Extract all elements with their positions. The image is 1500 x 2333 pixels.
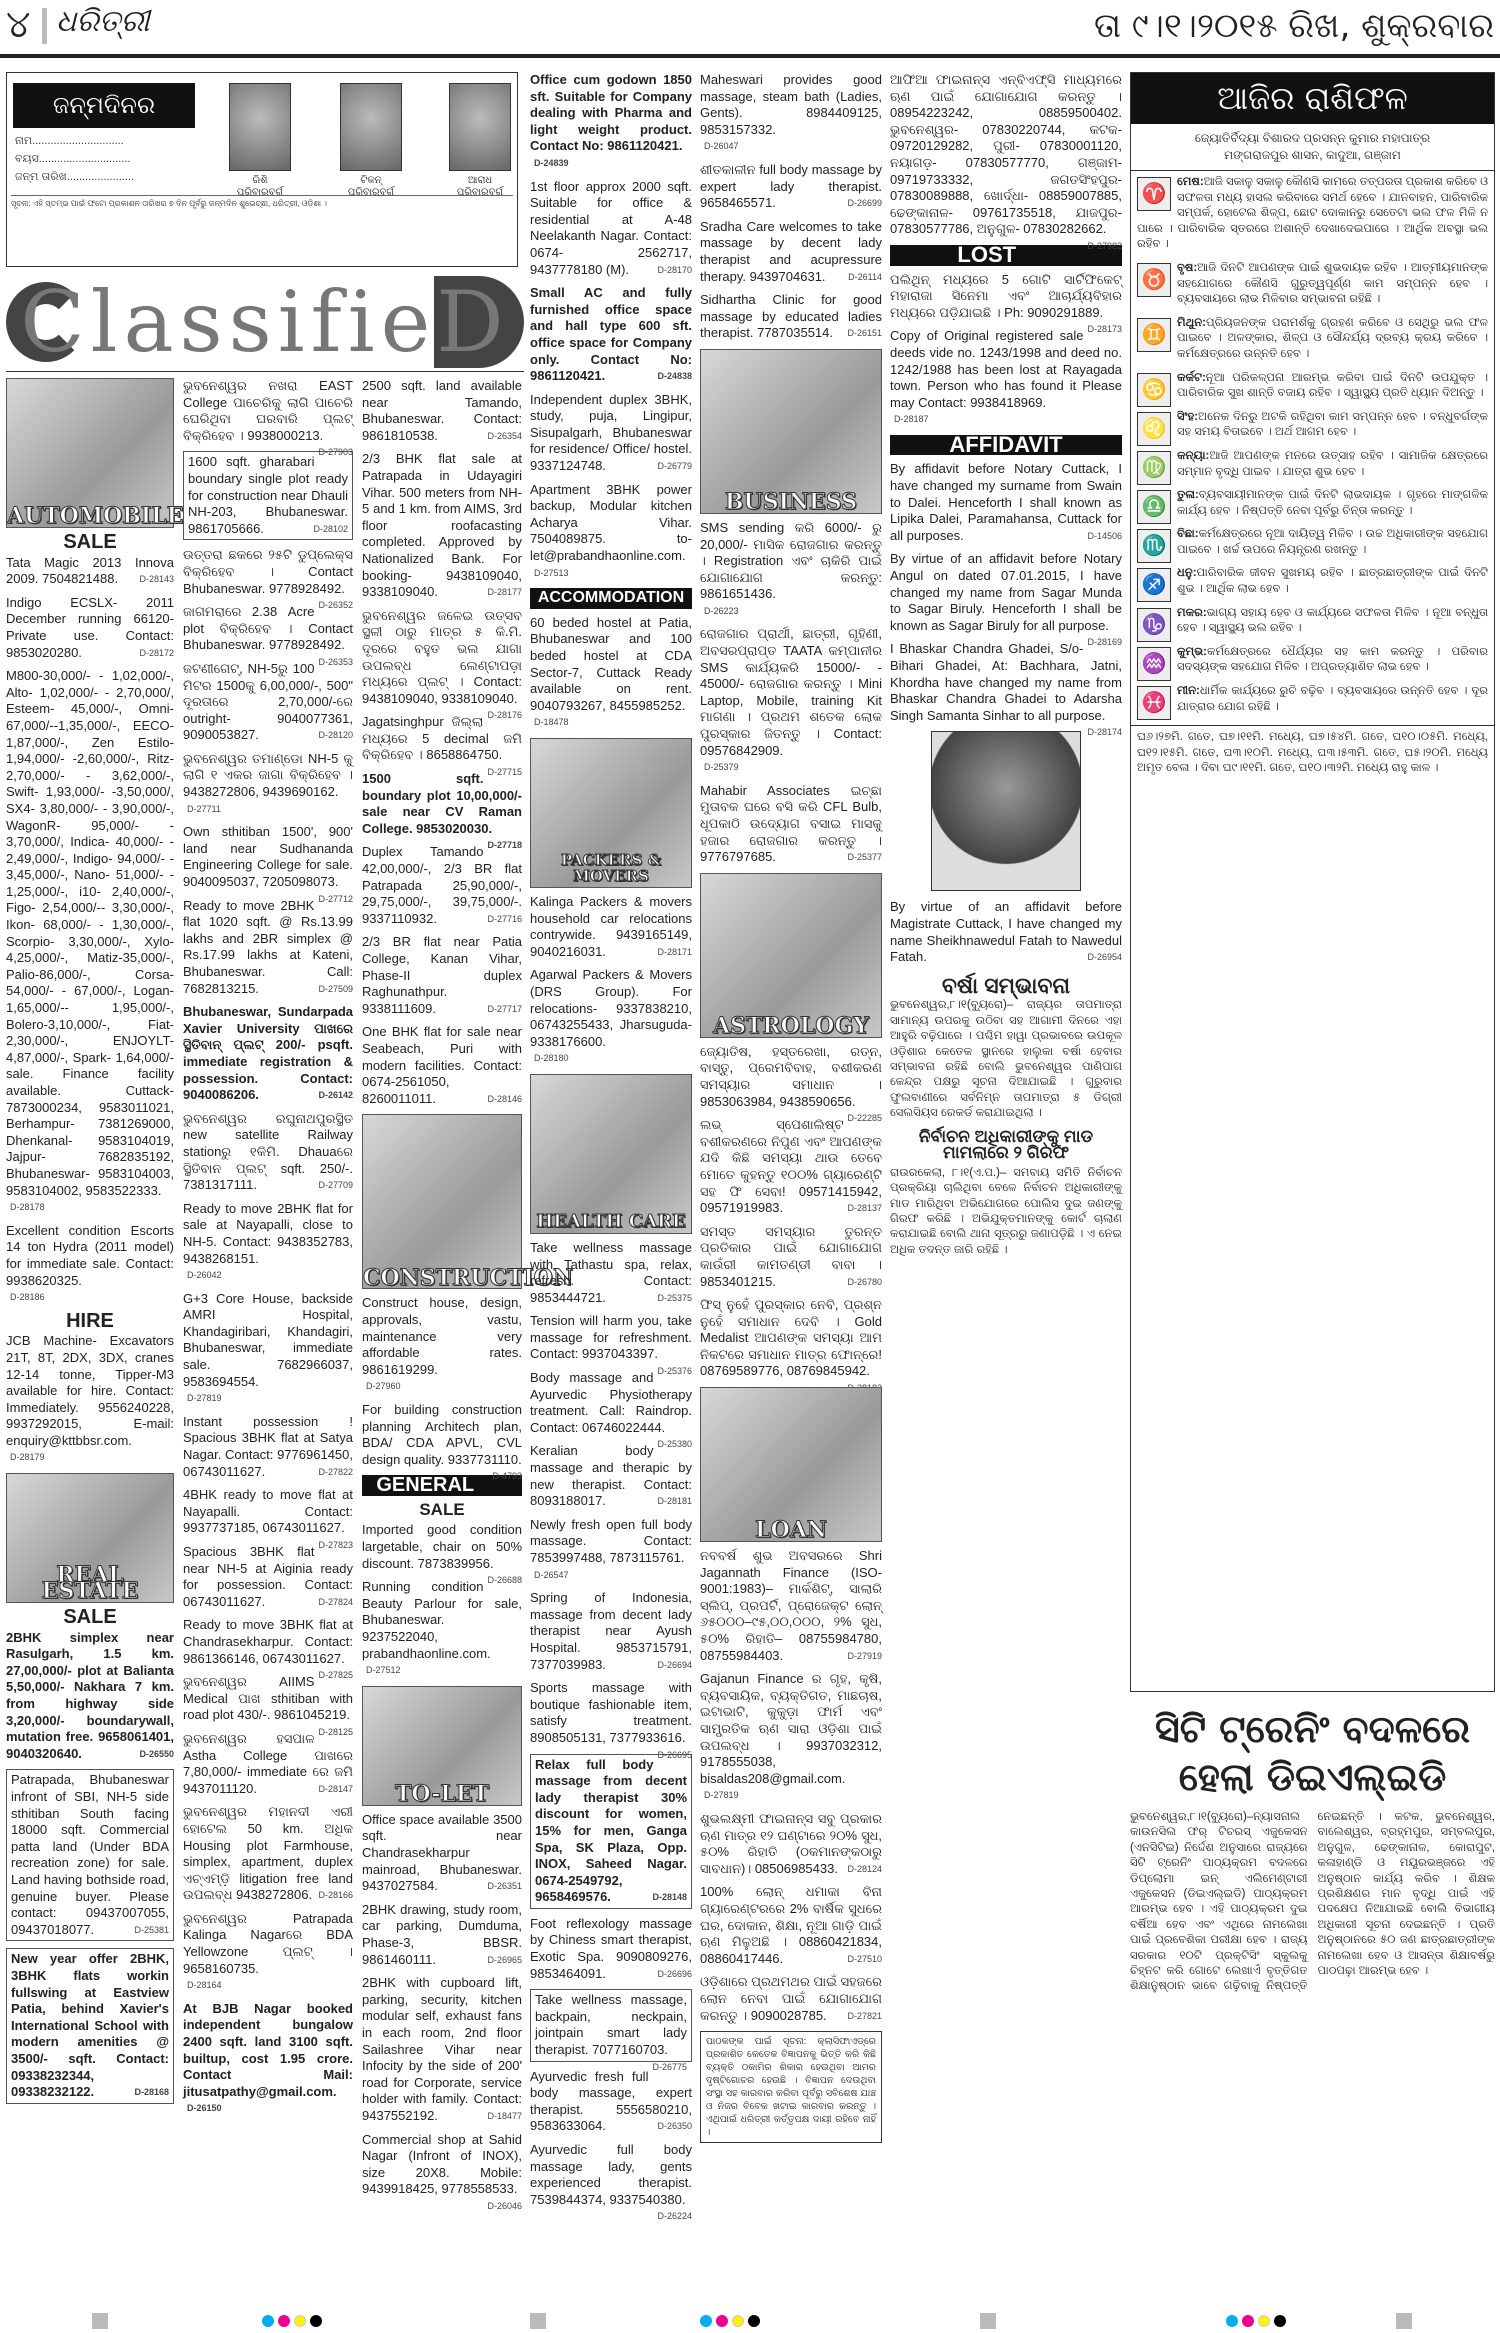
- sagittarius-icon: ♐: [1137, 568, 1171, 602]
- gemini-icon: ♊: [1137, 318, 1171, 352]
- classified-ad: SMS sending କରି 6000/- ରୁ 20,000/- ମାସିକ…: [700, 520, 882, 620]
- date-line: ତା ୯।୧।୨୦୧୫ ରିଖ, ଶୁକ୍ରବାର: [1094, 6, 1494, 46]
- horoscope-sign: ♑ମକର:ଭାଗ୍ୟ ସହାୟ ହେବ ଓ କାର୍ଯ୍ୟରେ ସଫଳତା ମି…: [1131, 602, 1494, 641]
- print-registration-marks: [0, 2305, 1500, 2333]
- kid-photo: [449, 83, 511, 171]
- horoscope-timings: ଘ୬।୨୭ମି. ଗତେ, ଘ୭।୧୧ମି. ମଧ୍ୟେ, ଘ୭।୫୪ମି. ଗ…: [1131, 725, 1494, 781]
- classified-ad: Newly fresh open full body massage. Cont…: [530, 1517, 692, 1583]
- horoscope-sign: ♍କନ୍ୟା:ଆଜି ଆପଣଙ୍କ ମନରେ ଉତ୍ସାହ ରହିବ । ସାମ…: [1131, 445, 1494, 484]
- classified-ad: Bhubaneswar, Sundarpada Xavier Universit…: [183, 1004, 353, 1104]
- classified-ad: By virtue of an affidavit before Magistr…: [890, 899, 1122, 965]
- classified-ad: Ready to move 2BHK flat 1020 sqft. @ Rs.…: [183, 898, 353, 998]
- classified-ad: Keralian body massage and therapic by ne…: [530, 1443, 692, 1509]
- horoscope-sign: ♋କର୍କଟ:ନୂଆ ପରିକଳ୍ପନା ଆରମ୍ଭ କରିବା ପାଇଁ ଦି…: [1131, 367, 1494, 406]
- classified-ad: Sidhartha Clinic for good massage by edu…: [700, 292, 882, 342]
- column-2: ଭୁବନେଶ୍ୱର ନଖରା EAST College ପାଚେରିକୁ ଲାଗ…: [183, 378, 353, 2124]
- classified-ad: ନବବର୍ଷ ଶୁଭ ଅବସରରେ Shri Jagannath Finance…: [700, 1548, 882, 1664]
- cyan-dot: [262, 2315, 274, 2327]
- health-care-image: HEALTH CARE: [530, 1074, 692, 1234]
- column-5: Maheswari provides good massage, steam b…: [700, 72, 882, 2143]
- yellow-dot: [732, 2315, 744, 2327]
- yellow-dot: [1258, 2315, 1270, 2327]
- horoscope-sign: ♓ମୀନ:ଧାର୍ମିକ କାର୍ଯ୍ୟରେ ରୁଚି ବଢ଼ିବ । ବ୍ୟବ…: [1131, 680, 1494, 719]
- classified-ad: Relax full body massage from decent lady…: [530, 1754, 692, 1909]
- classified-ad: ଭୁବନେଶ୍ୱର Patrapada Kalinga Nagarରେ BDA …: [183, 1911, 353, 1994]
- classified-ad: Body massage and Ayurvedic Physiotherapy…: [530, 1370, 692, 1436]
- horoscope-author: ଜ୍ୟୋତିର୍ବିଦ୍ୟା ବିଶାରଦ ପ୍ରସନ୍ନ କୁମାର ମହାପ…: [1131, 124, 1494, 171]
- leo-icon: ♌: [1137, 412, 1171, 446]
- pisces-icon: ♓: [1137, 686, 1171, 720]
- classified-ad: JCB Machine- Excavators 21T, 8T, 2DX, 3D…: [6, 1333, 174, 1466]
- classified-ad: ଭୁବନେଶ୍ୱର ହସପାଳ Astha College ପାଖରେ 7,80…: [183, 1731, 353, 1797]
- election-story: ରାଉରକେଲା, ୮।୧(ଏ.ପ.)– ସମବାୟ ସମିତି ନିର୍ବାଚ…: [890, 1166, 1122, 1258]
- horoscope-title: ଆଜିର ରାଶିଫଳ: [1131, 73, 1494, 124]
- classified-ad: Take wellness massage, backpain, neckpai…: [530, 1989, 692, 2061]
- rain-story: ଭୁବନେଶ୍ୱର,୮।୧(ବ୍ୟୁରୋ)– ରାଜ୍ୟର ତାପମାତ୍ରା …: [890, 998, 1122, 1121]
- kid-photo: [229, 83, 291, 171]
- story-headline: ସିଟି ଟ୍ରେନିଂ ବଦଳରେ ହେଲା ଡିଇଏଲ୍‌ଇଡି: [1130, 1705, 1495, 1801]
- classified-ad: Agarwal Packers & Movers (DRS Group). Fo…: [530, 967, 692, 1067]
- horoscope-sign: ♈ମେଷ:ଆଜି ସକାଳୁ ସକାଳୁ କୌଣସି କାମରେ ତତ୍ପରତା…: [1131, 171, 1494, 257]
- horoscope-sign: ♉ବୃଷ:ଆଜି ଦିନଟି ଆପଣଙ୍କ ପାଇଁ ଶୁଭଦାୟକ ରହିବ …: [1131, 257, 1494, 312]
- virgo-icon: ♍: [1137, 451, 1171, 485]
- classified-ad: 2/3 BHK flat sale at Patrapada in Udayag…: [362, 451, 522, 600]
- horoscope-box: ଆଜିର ରାଶିଫଳ ଜ୍ୟୋତିର୍ବିଦ୍ୟା ବିଶାରଦ ପ୍ରସନ୍…: [1130, 72, 1495, 1692]
- reader-notice: ପାଠକଙ୍କ ପାଇଁ ସୂଚନା: କ୍ଲାସିଫାଏଡ୍‌ରେ ପ୍ରକା…: [700, 2031, 882, 2143]
- magenta-dot: [1242, 2315, 1254, 2327]
- real-estate-image: REAL ESTATE: [6, 1473, 174, 1603]
- classified-ad: Spring of Indonesia, massage from decent…: [530, 1590, 692, 1673]
- magenta-dot: [278, 2315, 290, 2327]
- masthead-divider: [42, 8, 47, 44]
- rain-headline: ବର୍ଷା ସମ୍ଭାବନା: [890, 978, 1122, 995]
- person-photo: [931, 731, 1081, 891]
- classified-ad: By virtue of an affidavit before Notary …: [890, 551, 1122, 634]
- horoscope-sign: ♊ମିଥୁନ:ପ୍ରିୟଜନଙ୍କ ପରାମର୍ଶକୁ ଗ୍ରହଣ କରିବେ …: [1131, 312, 1494, 367]
- classified-ad: ଭୁବନେଶ୍ୱର ଜଳେଇ ଉତ୍ସବ ସ୍ଥଳୀ ଠାରୁ ମାତ୍ର ୫ …: [362, 608, 522, 708]
- cyan-dot: [700, 2315, 712, 2327]
- column-1: AUTOMOBILE SALE Tata Magic 2013 Innova 2…: [6, 378, 174, 2111]
- form-field-age: ବୟସ..............................: [15, 153, 130, 166]
- gray-swatch: [92, 2313, 108, 2329]
- column-3: 2500 sqft. land available near Tamando, …: [362, 378, 522, 2214]
- classified-ad: 60 beded hostel at Patia, Bhubaneswar an…: [530, 615, 692, 731]
- form-field-dob: ଜନ୍ମ ତାରିଖ......................: [15, 171, 134, 184]
- classified-ad: Ayurvedic full body massage lady, gents …: [530, 2142, 692, 2208]
- section-accommodation: ACCOMMODATION: [530, 588, 692, 609]
- kid-photo: [340, 83, 402, 171]
- election-headline: ନିର୍ବାଚନ ଅଧିକାରୀଙ୍କୁ ମାଡ ମାମଲାରେ ୨ ଗିରଫ: [890, 1129, 1122, 1162]
- classified-ad: G+3 Core House, backside AMRI Hospital, …: [183, 1291, 353, 1407]
- classified-ad: Imported good condition largetable, chai…: [362, 1522, 522, 1572]
- black-dot: [1274, 2315, 1286, 2327]
- classified-ad: Office cum godown 1850 sft. Suitable for…: [530, 72, 692, 172]
- gray-swatch: [1396, 2313, 1412, 2329]
- classified-ad: By affidavit before Notary Cuttack, I ha…: [890, 461, 1122, 544]
- form-field-name: ନାମ..............................: [15, 135, 124, 148]
- column-4: Office cum godown 1850 sft. Suitable for…: [530, 72, 692, 2225]
- yellow-dot: [294, 2315, 306, 2327]
- classified-ad: ଭୁବନେଶ୍ୱର ନଖରା EAST College ପାଚେରିକୁ ଲାଗ…: [183, 378, 353, 444]
- banner-title: ClassifieD: [6, 272, 524, 372]
- classified-ad: Maheswari provides good massage, steam b…: [700, 72, 882, 155]
- classified-ad: Duplex Tamando 42,00,000/-, 2/3 BR flat …: [362, 844, 522, 927]
- classified-ad: Instant possession ! Spacious 3BHK flat …: [183, 1414, 353, 1480]
- story-body: ଭୁବନେଶ୍ୱର,୮।୧(ବ୍ୟୁରୋ)–ନ୍ୟାସନାଲ କାଉନସିଲ ଫ…: [1130, 1810, 1495, 1995]
- horoscope-sign: ♎ତୁଳା:ବ୍ୟବସାୟୀମାନଙ୍କ ପାଇଁ ଦିନଟି ଲାଭଦାୟକ …: [1131, 484, 1494, 523]
- horoscope-sign: ♌ସିଂହ:ଅନେକ ଦିନରୁ ଅଟକି ରହିଥିବା କାମ ସମ୍ପନ୍…: [1131, 406, 1494, 445]
- classified-ad: 2BHK drawing, study room, car parking, D…: [362, 1902, 522, 1968]
- classified-ad: Gajanun Finance ର ଗୃହ, କୃଷି, ବ୍ୟବସାୟିକ, …: [700, 1671, 882, 1804]
- classified-ad: Sports massage with boutique fashionable…: [530, 1680, 692, 1746]
- black-dot: [748, 2315, 760, 2327]
- gray-swatch: [530, 2313, 546, 2329]
- classified-ad: ଫିସ୍ ନୁହେଁ ପୁରସ୍କାର ନେବି, ପ୍ରଶ୍ନ ନୁହେଁ ସ…: [700, 1297, 882, 1380]
- classified-ad: M800-30,000/- - 1,02,000/-, Alto- 1,02,0…: [6, 668, 174, 1216]
- packers-movers-image: PACKERS & MOVERS: [530, 738, 692, 888]
- classified-ad: At BJB Nagar booked independent bungalow…: [183, 2001, 353, 2117]
- horoscope-sign: ♐ଧନୁ:ପାରିବାରିକ ଜୀବନ ସୁଖମୟ ରହିବ । ଛାତ୍ରଛା…: [1131, 562, 1494, 601]
- classified-ad: Ayurvedic fresh full body massage, exper…: [530, 2069, 692, 2135]
- construction-image: CONSTRUCTION: [362, 1114, 522, 1289]
- classified-ad: ଭୁବନେଶ୍ୱର ମହାନଦୀ ଏରୀ ହୋଟେଲ 50 km. ଅଧିକ H…: [183, 1804, 353, 1904]
- classified-ad: Small AC and fully furnished office spac…: [530, 285, 692, 385]
- classified-ad: Spacious 3BHK flat near NH-5 at Aiginia …: [183, 1544, 353, 1610]
- classified-ad: Excellent condition Escorts 14 ton Hydra…: [6, 1223, 174, 1306]
- capricorn-icon: ♑: [1137, 608, 1171, 642]
- classified-ad: 2BHK with cupboard lift, parking, securi…: [362, 1975, 522, 2124]
- classified-ad: ଜ୍ୟୋତିଷ, ହସ୍ତରେଖା, ରତ୍ନ, ବାସ୍ତୁ, ପ୍ରେମବି…: [700, 1044, 882, 1110]
- scorpio-icon: ♏: [1137, 529, 1171, 563]
- classified-ad: Construct house, design, approvals, vast…: [362, 1295, 522, 1395]
- gray-swatch: [980, 2313, 996, 2329]
- section-sale: SALE: [362, 1502, 522, 1519]
- classified-ad: 100% ଲୋନ୍ ଧମାକା ବିନା ଗ୍ୟାରେଣ୍ଟରରେ 2% ବାର…: [700, 1884, 882, 1967]
- magenta-dot: [716, 2315, 728, 2327]
- classified-ad: 2BHK simplex near Rasulgarh, 1.5 km. 27,…: [6, 1630, 174, 1763]
- horoscope-sign: ♏ବିଛା:କର୍ମକ୍ଷେତ୍ରରେ ନୂଆ ଦାୟିତ୍ୱ ମିଳିବ । …: [1131, 523, 1494, 562]
- horoscope-sign: ♒କୁମ୍ଭ:କର୍ମକ୍ଷେତ୍ରରେ ଧୈର୍ଯ୍ୟର ସହ କାମ କରନ…: [1131, 641, 1494, 680]
- cyan-dot: [1226, 2315, 1238, 2327]
- classified-ad: Ready to move 2BHK flat for sale at Naya…: [183, 1201, 353, 1284]
- classified-ad: ପଲିଥିନ୍ ମଧ୍ୟରେ 5 ଗୋଟି ସାର୍ଟିଫିକେଟ୍ ମହାରା…: [890, 272, 1122, 322]
- birthday-title: ଜନ୍ମଦିନର ଶୁଭେଚ୍ଛା: [13, 83, 195, 128]
- classified-ad: Foot reflexology massage by Chiness smar…: [530, 1916, 692, 1982]
- classified-ad: Copy of Original registered sale deeds v…: [890, 328, 1122, 428]
- classified-ad: Patrapada, Bhubaneswar infront of SBI, N…: [6, 1769, 174, 1941]
- birthday-wishes-box: ଜନ୍ମଦିନର ଶୁଭେଚ୍ଛା ନାମ...................…: [6, 72, 518, 267]
- classified-ad: One BHK flat for sale near Seabeach, Pur…: [362, 1024, 522, 1107]
- section-affidavit: AFFIDAVIT: [890, 435, 1122, 456]
- classified-ad: 2500 sqft. land available near Tamando, …: [362, 378, 522, 444]
- classified-ad: 1st floor approx 2000 sqft. Suitable for…: [530, 179, 692, 279]
- section-sale: SALE: [6, 1609, 174, 1626]
- aquarius-icon: ♒: [1137, 647, 1171, 681]
- classified-ad: ଜଟଣୀଗେଟ୍, NH-5ରୁ 100 ମିଟର 1500କୁ 6,00,00…: [183, 661, 353, 744]
- classified-ad: Take wellness massage with Tathastu spa,…: [530, 1240, 692, 1306]
- libra-icon: ♎: [1137, 490, 1171, 524]
- section-sale: SALE: [6, 534, 174, 551]
- classified-ad: Independent duplex 3BHK, study, puja, Li…: [530, 392, 692, 475]
- classified-ad: ଲଭ୍ ସ୍ପେଶାଲିଷ୍ଟ ବଶୀକରଣରେ ନିପୁଣ ଏବଂ ଆପଣଙ୍…: [700, 1117, 882, 1217]
- classified-ad: Kalinga Packers & movers household car r…: [530, 894, 692, 960]
- loan-image: LOAN: [700, 1387, 882, 1542]
- classified-ad: ସମସ୍ତ ସମସ୍ୟାର ତୁରନ୍ତ ପ୍ରତିକାର ପାଇଁ ଯୋଗାଯ…: [700, 1224, 882, 1290]
- classified-ad: Office space available 3500 sqft. near C…: [362, 1812, 522, 1895]
- classified-ad: Commercial shop at Sahid Nagar (Infront …: [362, 2132, 522, 2198]
- classified-banner: ClassifieD: [6, 272, 524, 372]
- classified-ad: Sradha Care welcomes to take massage by …: [700, 219, 882, 285]
- classified-ad: Tata Magic 2013 Innova 2009. 7504821488.…: [6, 555, 174, 588]
- classified-ad: 2/3 BR flat near Patia College, Kanan Vi…: [362, 934, 522, 1017]
- classified-ad: Ready to move 3BHK flat at Chandrasekhar…: [183, 1617, 353, 1667]
- classified-ad: Own sthitiban 1500', 900' land near Sudh…: [183, 824, 353, 890]
- classified-ad: ଓଡ଼ିଶାରେ ପ୍ରଥମଥର ପାଇଁ ସହଜରେ ଲୋନ ନେବା ପାଇ…: [700, 1974, 882, 2024]
- classified-ad: 1600 sqft. gharabari boundary single plo…: [183, 451, 353, 540]
- classified-ad: Mahabir Associates ଇଚ୍ଛା ମୁତାବକ ଘରେ ବସି …: [700, 783, 882, 866]
- classified-ad: ଶୀତକାଳୀନ full body massage by expert lad…: [700, 162, 882, 212]
- to-let-image: TO-LET: [362, 1686, 522, 1806]
- aries-icon: ♈: [1137, 177, 1171, 211]
- classified-ad: Tension will harm you, take massage for …: [530, 1313, 692, 1363]
- classified-ad: ଉତ୍ତରା ଛକରେ ୨୫ଟି ଡୁପ୍ଲେକ୍ସ ବିକ୍ରିହେବ । C…: [183, 547, 353, 597]
- astrology-image: ASTROLOGY: [700, 873, 882, 1038]
- black-dot: [310, 2315, 322, 2327]
- classified-ad: ଭୁବନେଶ୍ୱର ରଘୁନାଥପୁରସ୍ଥିତ new satellite R…: [183, 1111, 353, 1194]
- classified-ad: ଆଫିଆ ଫାଇନାନ୍ସ ଏନ୍‌ବିଏଫ୍‌ସି ମାଧ୍ୟମରେ ଋଣ ପ…: [890, 72, 1122, 238]
- classified-ad: New year offer 2BHK, 3BHK flats workin f…: [6, 1948, 174, 2103]
- classified-ad: 4BHK ready to move flat at Nayapalli. Co…: [183, 1487, 353, 1537]
- classified-ad: 1500 sqft. boundary plot 10,00,000/- sal…: [362, 771, 522, 837]
- classified-ad: I Bhaskar Chandra Ghadei, S/o- Bihari Gh…: [890, 641, 1122, 724]
- automobile-image: AUTOMOBILE: [6, 378, 174, 528]
- section-hire: HIRE: [6, 1313, 174, 1330]
- business-image: BUSINESS: [700, 349, 882, 514]
- classified-ad: Running condition Beauty Parlour for sal…: [362, 1579, 522, 1679]
- masthead-rule: [0, 54, 1500, 58]
- classified-ad: Indigo ECSLX- 2011 December running 6612…: [6, 595, 174, 661]
- classified-ad: ରୋଜଗାର ପ୍ରାର୍ଥୀ, ଛାତ୍ରୀ, ଗୃହିଣୀ, ଅବସରପ୍ର…: [700, 626, 882, 775]
- newspaper-logo: ଧରିତ୍ରୀ: [56, 4, 150, 39]
- classified-ad: Apartment 3BHK power backup, Modular kit…: [530, 482, 692, 582]
- column-6: ଆଫିଆ ଫାଇନାନ୍ସ ଏନ୍‌ବିଏଫ୍‌ସି ମାଧ୍ୟମରେ ଋଣ ପ…: [890, 72, 1122, 1265]
- cancer-icon: ♋: [1137, 373, 1171, 407]
- birthday-note: ସୂଚନା: ଏହି ସ୍ତମ୍ଭ ପାଇଁ ଫଟୋ ପ୍ରକାଶନ ତାରିଖ…: [11, 195, 513, 209]
- classified-ad: ଭୁବନେଶ୍ୱର ତମାଣ୍ଡୋ NH-5 କୁ ଲାଗି ୧ ଏକର ଜାଗ…: [183, 751, 353, 817]
- taurus-icon: ♉: [1137, 263, 1171, 297]
- classified-ad: ଶୁଭଲକ୍ଷ୍ମୀ ଫାଇନାନ୍ସ ସବୁ ପ୍ରକାର ଋଣ ମାତ୍ର …: [700, 1811, 882, 1877]
- page-number: ୪: [6, 2, 30, 47]
- masthead: ୪ ଧରିତ୍ରୀ ତା ୯।୧।୨୦୧୫ ରିଖ, ଶୁକ୍ରବାର: [0, 0, 1500, 55]
- classified-ad: For building construction planning Archi…: [362, 1402, 522, 1468]
